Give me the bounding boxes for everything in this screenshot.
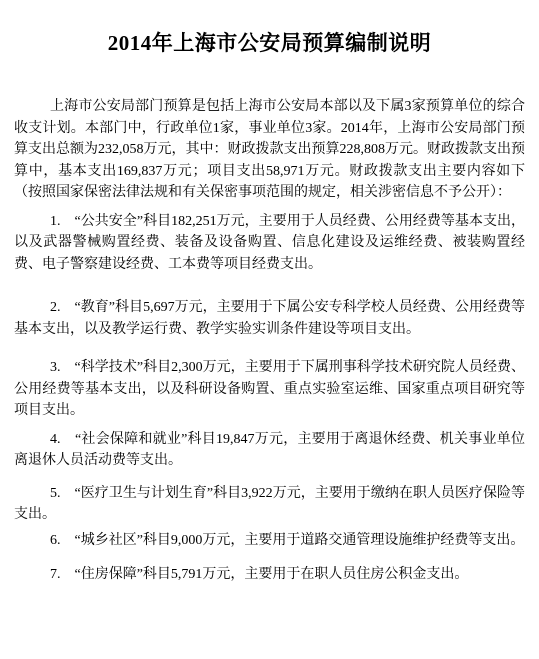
budget-item-social-security-employment: 4. “社会保障和就业”科目19,847万元，主要用于离退休经费、机关事业单位离… — [14, 429, 525, 472]
document-page: 2014年上海市公安局预算编制说明 上海市公安局部门预算是包括上海市公安局本部以… — [0, 0, 539, 659]
document-title: 2014年上海市公安局预算编制说明 — [14, 30, 525, 56]
budget-item-science-technology: 3. “科学技术”科目2,300万元，主要用于下属刑事科学技术研究院人员经费、公… — [14, 357, 525, 422]
intro-paragraph: 上海市公安局部门预算是包括上海市公安局本部以及下属3家预算单位的综合收支计划。本… — [14, 96, 525, 204]
budget-item-medical-health: 5. “医疗卫生与计划生育”科目3,922万元，主要用于缴纳在职人员医疗保险等支… — [14, 483, 525, 526]
budget-item-urban-rural-community: 6. “城乡社区”科目9,000万元，主要用于道路交通管理设施维护经费等支出。 — [14, 530, 525, 552]
budget-item-public-security: 1. “公共安全”科目182,251万元，主要用于人员经费、公用经费等基本支出，… — [14, 211, 525, 276]
budget-item-housing-security: 7. “住房保障”科目5,791万元，主要用于在职人员住房公积金支出。 — [14, 564, 525, 586]
budget-item-education: 2. “教育”科目5,697万元，主要用于下属公安专科学校人员经费、公用经费等基… — [14, 297, 525, 340]
